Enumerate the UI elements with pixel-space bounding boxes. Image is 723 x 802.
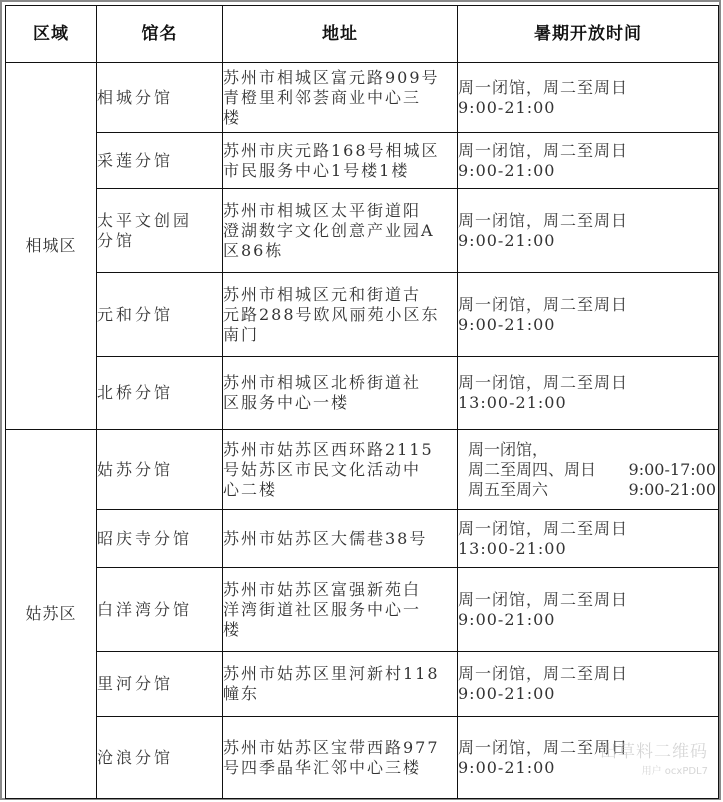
hours-line: 13:00-21:00 (458, 393, 718, 413)
hours-line: 周一闭馆，周二至周日 (458, 373, 718, 393)
hours-line: 9:00-21:00 (458, 610, 718, 630)
hours-line: 9:00-21:00 (458, 98, 718, 118)
address-line: 青橙里利邻荟商业中心三 (223, 88, 457, 108)
address-line: 南门 (223, 325, 457, 345)
address-cell: 苏州市相城区富元路909号 青橙里利邻荟商业中心三 楼 (223, 63, 458, 133)
hours-line: 周一闭馆， (468, 440, 718, 460)
district-cell: 相城区 (6, 63, 97, 430)
address-line: 元路288号欧风丽苑小区东 (223, 305, 457, 325)
branch-name-cell: 相城分馆 (97, 63, 223, 133)
branch-name: 采莲分馆 (97, 151, 222, 171)
branch-name: 沧浪分馆 (97, 748, 222, 768)
hours-cell: 周一闭馆， 周二至周四、周日 9:00-17:00 周五至周六 9:00-21:… (458, 430, 719, 510)
table-row: 北桥分馆 苏州市相城区北桥街道社 区服务中心一楼 周一闭馆，周二至周日 13:0… (6, 357, 719, 430)
address-line: 幢东 (223, 684, 457, 704)
table-row: 白洋湾分馆 苏州市姑苏区富强新苑白 洋湾街道社区服务中心一 楼 周一闭馆，周二至… (6, 568, 719, 652)
branch-name-cell: 元和分馆 (97, 273, 223, 357)
hours-line: 9:00-21:00 (458, 231, 718, 251)
address-line: 苏州市姑苏区宝带西路977 (223, 738, 457, 758)
header-district: 区域 (6, 6, 97, 63)
table-row: 里河分馆 苏州市姑苏区里河新村118 幢东 周一闭馆，周二至周日 9:00-21… (6, 652, 719, 717)
address-line: 苏州市相城区北桥街道社 (223, 373, 457, 393)
hours-cell: 周一闭馆，周二至周日 9:00-21:00 (458, 189, 719, 273)
branch-name: 姑苏分馆 (97, 460, 222, 480)
hours-time: 9:00-17:00 (629, 460, 716, 480)
table-row: 元和分馆 苏州市相城区元和街道古 元路288号欧风丽苑小区东 南门 周一闭馆，周… (6, 273, 719, 357)
address-line: 楼 (223, 620, 457, 640)
branch-name-cell: 昭庆寺分馆 (97, 510, 223, 568)
branch-name-cell: 太平文创园 分馆 (97, 189, 223, 273)
table-row: 昭庆寺分馆 苏州市姑苏区大儒巷38号 周一闭馆，周二至周日 13:00-21:0… (6, 510, 719, 568)
address-line: 洋湾街道社区服务中心一 (223, 600, 457, 620)
address-cell: 苏州市姑苏区里河新村118 幢东 (223, 652, 458, 717)
hours-cell: 周一闭馆，周二至周日 9:00-21:00 (458, 568, 719, 652)
address-line: 市民服务中心1号楼1楼 (223, 161, 457, 181)
hours-line: 9:00-21:00 (458, 315, 718, 335)
address-cell: 苏州市相城区太平街道阳 澄湖数字文化创意产业园A 区86栋 (223, 189, 458, 273)
branch-name: 太平文创园 (97, 211, 222, 231)
branch-name: 元和分馆 (97, 305, 222, 325)
address-line: 苏州市相城区元和街道古 (223, 285, 457, 305)
address-line: 号四季晶华汇邻中心三楼 (223, 758, 457, 778)
address-line: 苏州市姑苏区富强新苑白 (223, 580, 457, 600)
header-address: 地址 (223, 6, 458, 63)
address-cell: 苏州市庆元路168号相城区 市民服务中心1号楼1楼 (223, 133, 458, 189)
address-line: 苏州市相城区富元路909号 (223, 68, 457, 88)
hours-time: 9:00-21:00 (629, 480, 716, 500)
branch-name-cell: 姑苏分馆 (97, 430, 223, 510)
address-line: 心二楼 (223, 480, 457, 500)
hours-cell: 周一闭馆，周二至周日 9:00-21:00 (458, 133, 719, 189)
hours-days: 周五至周六 (468, 480, 548, 500)
library-schedule-table: 区域 馆名 地址 暑期开放时间 相城区 相城分馆 苏州市相城区富元路909号 青… (5, 5, 719, 799)
hours-cell: 周一闭馆，周二至周日 13:00-21:00 (458, 357, 719, 430)
hours-line: 周一闭馆，周二至周日 (458, 738, 718, 758)
address-cell: 苏州市相城区北桥街道社 区服务中心一楼 (223, 357, 458, 430)
hours-line: 周一闭馆，周二至周日 (458, 519, 718, 539)
table-row: 相城区 相城分馆 苏州市相城区富元路909号 青橙里利邻荟商业中心三 楼 周一闭… (6, 63, 719, 133)
hours-line: 周一闭馆，周二至周日 (458, 211, 718, 231)
hours-cell: 周一闭馆，周二至周日 9:00-21:00 (458, 63, 719, 133)
address-line: 苏州市相城区太平街道阳 (223, 201, 457, 221)
address-line: 苏州市姑苏区里河新村118 (223, 664, 457, 684)
hours-line: 9:00-21:00 (458, 161, 718, 181)
address-cell: 苏州市姑苏区西环路2115 号姑苏区市民文化活动中 心二楼 (223, 430, 458, 510)
table-row: 太平文创园 分馆 苏州市相城区太平街道阳 澄湖数字文化创意产业园A 区86栋 周… (6, 189, 719, 273)
hours-split-row: 周二至周四、周日 9:00-17:00 (468, 460, 718, 480)
header-name: 馆名 (97, 6, 223, 63)
hours-line: 周一闭馆，周二至周日 (458, 141, 718, 161)
branch-name-cell: 白洋湾分馆 (97, 568, 223, 652)
branch-name-cell: 北桥分馆 (97, 357, 223, 430)
hours-line: 9:00-21:00 (458, 684, 718, 704)
table-row: 姑苏区 姑苏分馆 苏州市姑苏区西环路2115 号姑苏区市民文化活动中 心二楼 周… (6, 430, 719, 510)
address-cell: 苏州市相城区元和街道古 元路288号欧风丽苑小区东 南门 (223, 273, 458, 357)
table-row: 沧浪分馆 苏州市姑苏区宝带西路977 号四季晶华汇邻中心三楼 周一闭馆，周二至周… (6, 717, 719, 799)
address-line: 楼 (223, 108, 457, 128)
hours-line: 周一闭馆，周二至周日 (458, 590, 718, 610)
address-cell: 苏州市姑苏区大儒巷38号 (223, 510, 458, 568)
hours-line: 周一闭馆，周二至周日 (458, 664, 718, 684)
hours-days: 周二至周四、周日 (468, 460, 596, 480)
address-line: 苏州市庆元路168号相城区 (223, 141, 457, 161)
hours-cell: 周一闭馆，周二至周日 9:00-21:00 (458, 273, 719, 357)
address-line: 区服务中心一楼 (223, 393, 457, 413)
table-row: 采莲分馆 苏州市庆元路168号相城区 市民服务中心1号楼1楼 周一闭馆，周二至周… (6, 133, 719, 189)
hours-cell: 周一闭馆，周二至周日 9:00-21:00 (458, 717, 719, 799)
address-line: 区86栋 (223, 241, 457, 261)
address-cell: 苏州市姑苏区富强新苑白 洋湾街道社区服务中心一 楼 (223, 568, 458, 652)
branch-name: 北桥分馆 (97, 383, 222, 403)
hours-cell: 周一闭馆，周二至周日 9:00-21:00 (458, 652, 719, 717)
branch-name: 相城分馆 (97, 88, 222, 108)
address-line: 苏州市姑苏区大儒巷38号 (223, 529, 457, 549)
branch-name-cell: 采莲分馆 (97, 133, 223, 189)
branch-name: 昭庆寺分馆 (97, 529, 222, 549)
address-line: 号姑苏区市民文化活动中 (223, 460, 457, 480)
branch-name-cell: 沧浪分馆 (97, 717, 223, 799)
header-row: 区域 馆名 地址 暑期开放时间 (6, 6, 719, 63)
branch-name: 分馆 (97, 231, 222, 251)
branch-name-cell: 里河分馆 (97, 652, 223, 717)
hours-cell: 周一闭馆，周二至周日 13:00-21:00 (458, 510, 719, 568)
hours-line: 周一闭馆，周二至周日 (458, 78, 718, 98)
district-cell: 姑苏区 (6, 430, 97, 799)
address-line: 苏州市姑苏区西环路2115 (223, 440, 457, 460)
branch-name: 里河分馆 (97, 674, 222, 694)
hours-line: 13:00-21:00 (458, 539, 718, 559)
header-hours: 暑期开放时间 (458, 6, 719, 63)
hours-line: 周一闭馆，周二至周日 (458, 295, 718, 315)
address-cell: 苏州市姑苏区宝带西路977 号四季晶华汇邻中心三楼 (223, 717, 458, 799)
branch-name: 白洋湾分馆 (97, 600, 222, 620)
hours-split-row: 周五至周六 9:00-21:00 (468, 480, 718, 500)
hours-line: 9:00-21:00 (458, 758, 718, 778)
address-line: 澄湖数字文化创意产业园A (223, 221, 457, 241)
